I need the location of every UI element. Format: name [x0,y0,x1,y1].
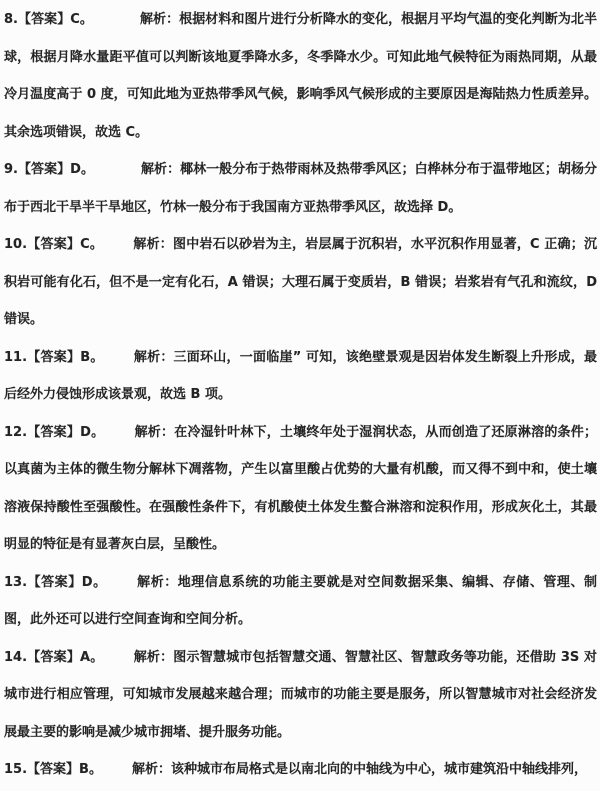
analysis-text: 解析：该种城市布局格式是以南北向的中轴线为中心，城市建筑沿中轴线排列， [132,762,587,777]
analysis-text: 解析：在冷湿针叶林下，土壤终年处于湿润状态，从而创造了还原淋溶的条件；以真菌为主… [4,425,597,553]
document-page: 8.【答案】C。解析：根据材料和图片进行分析降水的变化，根据月平均气温的变化判断… [0,0,600,791]
answer-label: 15.【答案】B。 [4,762,102,777]
answer-label: 11.【答案】B。 [4,350,104,365]
label-analysis-gap [93,22,140,23]
answer-item-14: 14.【答案】A。解析：图示智慧城市包括智慧交通、智慧社区、智慧政务等功能，还借… [4,639,597,752]
label-analysis-gap [94,172,141,173]
answer-label: 8.【答案】C。 [4,12,93,27]
answer-label: 12.【答案】D。 [4,425,104,440]
label-analysis-gap [104,660,134,661]
answer-item-10: 10.【答案】C。解析：图中岩石以砂岩为主，岩层属于沉积岩，水平沉积作用显著，C… [4,226,597,339]
answer-item-11: 11.【答案】B。解析：三面环山，一面临崖” 可知，该绝壁景观是因岩体发生断裂上… [4,339,597,414]
answer-item-12: 12.【答案】D。解析：在冷湿针叶林下，土壤终年处于湿润状态，从而创造了还原淋溶… [4,414,597,564]
answer-item-9: 9.【答案】D。解析：椰林一般分布于热带雨林及热带季风区；白桦林分布于温带地区；… [4,151,597,226]
answer-item-8: 8.【答案】C。解析：根据材料和图片进行分析降水的变化，根据月平均气温的变化判断… [4,1,597,151]
label-analysis-gap [107,585,137,586]
label-analysis-gap [102,772,132,773]
label-analysis-gap [104,360,134,361]
answer-item-13: 13.【答案】D。解析：地理信息系统的功能主要就是对空间数据采集、编辑、存储、管… [4,564,597,639]
answer-label: 14.【答案】A。 [4,650,104,665]
answer-label: 10.【答案】C。 [4,237,103,252]
answer-label: 9.【答案】D。 [4,162,94,177]
answer-label: 13.【答案】D。 [4,575,107,590]
label-analysis-gap [103,247,133,248]
analysis-text: 解析：根据材料和图片进行分析降水的变化，根据月平均气温的变化判断为北半球，根据月… [4,12,597,140]
label-analysis-gap [104,435,134,436]
answer-item-15: 15.【答案】B。解析：该种城市布局格式是以南北向的中轴线为中心，城市建筑沿中轴… [4,751,597,789]
